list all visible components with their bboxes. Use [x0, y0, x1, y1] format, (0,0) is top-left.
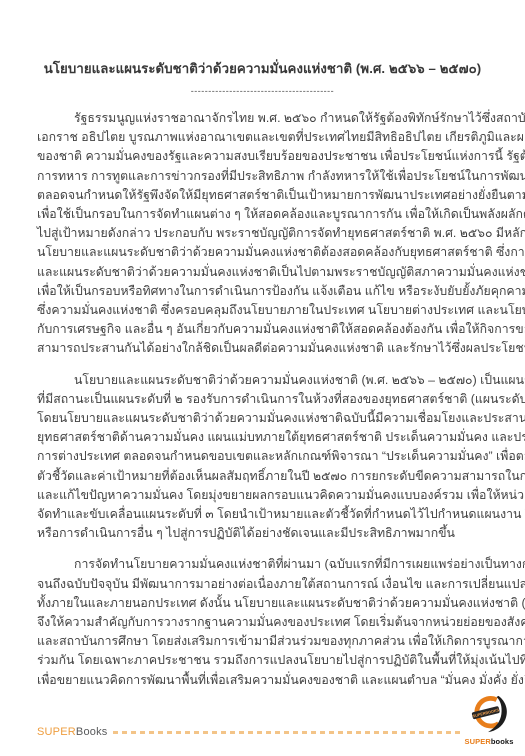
text-line: การต่างประเทศ ตลอดจนกำหนดขอบเขตและหลักเก… — [37, 447, 488, 466]
text-line: กับการเศรษฐกิจ และอื่น ๆ อันเกี่ยวกับควา… — [37, 320, 488, 339]
text-line: รัฐธรรมนูญแห่งราชอาณาจักรไทย พ.ศ. ๒๕๖๐ ก… — [37, 109, 488, 128]
paragraph-2: นโยบายและแผนระดับชาติว่าด้วยความมั่นคงแห… — [37, 371, 488, 544]
text-line: ตัวชี้วัดและค่าเป้าหมายที่ต้องเห็นผลสัมฤ… — [37, 467, 488, 486]
text-line: โดยนโยบายและแผนระดับชาติว่าด้วยความมั่นค… — [37, 409, 488, 428]
text-line: สามารถประสานกันได้อย่างใกล้ชิดเป็นผลดีต่… — [37, 339, 488, 358]
page-footer: SUPERBooks — [37, 726, 463, 738]
text-line: เอกราช อธิปไตย บูรณภาพแห่งอาณาเขตและเขตท… — [37, 128, 488, 147]
text-line: จึงให้ความสำคัญกับการวางรากฐานความมั่นคง… — [37, 613, 488, 632]
paragraph-1: รัฐธรรมนูญแห่งราชอาณาจักรไทย พ.ศ. ๒๕๖๐ ก… — [37, 109, 488, 359]
logo-wordmark: SUPERbooks — [463, 737, 515, 746]
text-line: ที่มีสถานะเป็นแผนระดับที่ ๒ รองรับการดำเ… — [37, 390, 488, 409]
text-line: จนถึงฉบับปัจจุบัน มีพัฒนาการมาอย่างต่อเน… — [37, 575, 488, 594]
text-line: นโยบายและแผนระดับชาติว่าด้วยความมั่นคงแห… — [37, 243, 488, 262]
text-line: การทหาร การทูตและการข่าวกรองที่มีประสิทธ… — [37, 167, 488, 186]
text-line: นโยบายและแผนระดับชาติว่าด้วยความมั่นคงแห… — [37, 371, 488, 390]
text-line: จัดทำและขับเคลื่อนแผนระดับที่ ๓ โดยนำเป้… — [37, 505, 488, 524]
text-line: ร่วมกัน โดยเฉพาะภาคประชาชน รวมถึงการแปลง… — [37, 651, 488, 670]
swoosh-logo-icon: SUPERBOOKS — [466, 694, 512, 734]
footer-dashed-rule — [113, 731, 463, 734]
document-page: นโยบายและแผนระดับชาติว่าด้วยความมั่นคงแห… — [0, 0, 525, 756]
title-divider: ----------------------------------------… — [37, 86, 488, 96]
text-line: และแผนระดับชาติว่าด้วยความมั่นคงแห่งชาติ… — [37, 263, 488, 282]
text-line: ของชาติ ความมั่นคงของรัฐและความสงบเรียบร… — [37, 147, 488, 166]
text-line: ตลอดจนกำหนดให้รัฐพึงจัดให้มียุทธศาสตร์ชา… — [37, 186, 488, 205]
text-line: และสถาบันการศึกษา โดยส่งเสริมการเข้ามามี… — [37, 632, 488, 651]
text-line: ซึ่งความมั่นคงแห่งชาติ ซึ่งครอบคลุมถึงนโ… — [37, 301, 488, 320]
footer-brand-super: SUPER — [37, 726, 76, 738]
text-line: หรือการดำเนินการอื่น ๆ ไปสู่การปฏิบัติได… — [37, 524, 488, 543]
text-line: เพื่อใช้เป็นกรอบในการจัดทำแผนต่าง ๆ ให้ส… — [37, 205, 488, 224]
footer-brand-books: Books — [76, 726, 108, 738]
logo-wordmark-books: books — [491, 737, 514, 746]
text-line: ทั้งภายในและภายนอกประเทศ ดังนั้น นโยบายแ… — [37, 594, 488, 613]
page-title: นโยบายและแผนระดับชาติว่าด้วยความมั่นคงแห… — [37, 58, 488, 79]
text-line: และแก้ไขปัญหาความมั่นคง โดยมุ่งขยายผลกรอ… — [37, 486, 488, 505]
text-line: เพื่อให้เป็นกรอบหรือทิศทางในการดำเนินการ… — [37, 282, 488, 301]
footer-brand: SUPERBooks — [37, 726, 107, 738]
paragraph-3: การจัดทำนโยบายความมั่นคงแห่งชาติที่ผ่านม… — [37, 555, 488, 689]
logo-wordmark-super: SUPER — [465, 737, 491, 746]
text-line: การจัดทำนโยบายความมั่นคงแห่งชาติที่ผ่านม… — [37, 555, 488, 574]
text-line: เพื่อขยายแนวคิดการพัฒนาพื้นที่เพื่อเสริม… — [37, 671, 488, 690]
text-line: ยุทธศาสตร์ชาติด้านความมั่นคง แผนแม่บทภาย… — [37, 428, 488, 447]
publisher-logo: SUPERBOOKS SUPERbooks — [463, 694, 515, 746]
text-line: ไปสู่เป้าหมายดังกล่าว ประกอบกับ พระราชบั… — [37, 224, 488, 243]
